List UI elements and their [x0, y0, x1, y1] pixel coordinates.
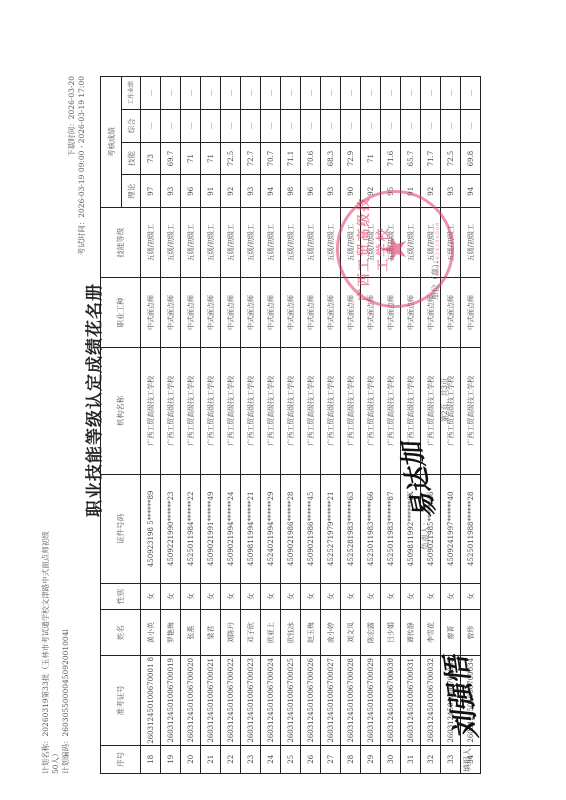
col-work-perf: 工作业绩 [122, 77, 141, 110]
page-title: 职业技能等级认定成绩花名册 [80, 0, 105, 800]
cell-name: 陈宏露 [361, 610, 381, 656]
cell-org: 广西工贸高级技工学校 [341, 347, 361, 474]
cell-org: 广西工贸高级技工学校 [321, 347, 341, 474]
cell-theory: 93 [321, 175, 341, 208]
plan-name: 计划名称：20260319第33批（玉林市考试通学校文津路中式面点师初级 [40, 531, 51, 774]
cell-seq: 31 [401, 745, 421, 773]
cell-theory: 96 [181, 175, 201, 208]
cell-org: 广西工贸高级技工学校 [461, 347, 481, 474]
cell-skill: 68.3 [321, 142, 341, 175]
cell-ticket: 2603124501006700031 [401, 656, 421, 746]
table-row: 312603124501006700031谭传静女4509811992*****… [401, 77, 421, 774]
cell-seq: 25 [281, 745, 301, 773]
owner-signature: 负责人： [420, 518, 431, 550]
filler-signature: 填报人： [462, 740, 473, 772]
cell-gender: 女 [461, 583, 481, 609]
col-seq: 序号 [101, 745, 141, 773]
table-row: 262603124501006700026赵玉梅女4509021986*****… [301, 77, 321, 774]
cell-name: 李雪花 [421, 610, 441, 656]
cell-seq: 19 [161, 745, 181, 773]
col-theory: 理论 [122, 175, 141, 208]
cell-overall: — [361, 109, 381, 142]
cell-name: 吕少娟 [381, 610, 401, 656]
owner-label: 负责人： [421, 518, 430, 550]
cell-overall: — [241, 109, 261, 142]
cell-overall: — [221, 109, 241, 142]
cell-name: 谭传静 [401, 610, 421, 656]
cell-gender: 女 [321, 583, 341, 609]
cell-work-perf: — [141, 77, 161, 110]
cell-level: 五级/初级工 [241, 208, 261, 278]
cell-occupation: 中式面点师 [141, 278, 161, 348]
cell-theory: 92 [221, 175, 241, 208]
cell-skill: 72.7 [241, 142, 261, 175]
cell-gender: 女 [281, 583, 301, 609]
cell-skill: 70.6 [301, 142, 321, 175]
cell-gender: 女 [261, 583, 281, 609]
cell-id-no: 4509021986******28 [281, 474, 301, 583]
table-row: 222603124501006700022刘陈丹女4509021994*****… [221, 77, 241, 774]
roster-page: 下载时间：2026-03-20 考试时间：2026-03-19 09:00 - … [0, 0, 566, 800]
cell-level: 五级/初级工 [181, 208, 201, 278]
plan-name-part: 计划名称： [41, 737, 50, 775]
cell-level: 五级/初级工 [141, 208, 161, 278]
cell-gender: 女 [161, 583, 181, 609]
cell-id-no: 4525281983******63 [341, 474, 361, 583]
cell-work-perf: — [421, 77, 441, 110]
cell-skill: 72.9 [341, 142, 361, 175]
cell-ticket: 2603124501006700023 [241, 656, 261, 746]
cell-gender: 女 [341, 583, 361, 609]
col-skill: 技能 [122, 142, 141, 175]
cell-overall: — [261, 109, 281, 142]
official-seal: 广西工贸高级技工学校 ★ 4500024290008 [336, 190, 454, 308]
star-icon: ★ [378, 234, 412, 264]
cell-org: 广西工贸高级技工学校 [221, 347, 241, 474]
cell-name: 庞小婷 [321, 610, 341, 656]
cell-gender: 女 [221, 583, 241, 609]
cell-work-perf: — [321, 77, 341, 110]
cell-id-no: 4525011984******22 [181, 474, 201, 583]
cell-overall: — [461, 109, 481, 142]
cell-org: 广西工贸高级技工学校 [241, 347, 261, 474]
cell-skill: 69.8 [461, 142, 481, 175]
cell-level: 五级/初级工 [221, 208, 241, 278]
cell-overall: — [401, 109, 421, 142]
table-row: 252603124501006700025欧钰冰女4509021986*****… [281, 77, 301, 774]
cell-seq: 32 [421, 745, 441, 773]
roster-table: 序号 准考证号 姓名 性别 证件号码 机构名称 职业工种 技能等级 考核成绩 理… [100, 76, 481, 774]
cell-work-perf: — [401, 77, 421, 110]
cell-work-perf: — [241, 77, 261, 110]
table-row: 202603124501006700020张燕女4525011984******… [181, 77, 201, 774]
cell-ticket: 2603124501006700026 [301, 656, 321, 746]
cell-overall: — [141, 109, 161, 142]
cell-org: 广西工贸高级技工学校 [141, 347, 161, 474]
table-row: 232603124501006700023邓子欣女4509811994*****… [241, 77, 261, 774]
cell-skill: 71.7 [421, 142, 441, 175]
cell-seq: 26 [301, 745, 321, 773]
cell-occupation: 中式面点师 [321, 278, 341, 348]
cell-gender: 女 [381, 583, 401, 609]
cell-gender: 女 [181, 583, 201, 609]
cell-skill: 71 [201, 142, 221, 175]
cell-occupation: 中式面点师 [281, 278, 301, 348]
cell-id-no: 450923198 5******89 [141, 474, 161, 583]
cell-occupation: 中式面点师 [181, 278, 201, 348]
cell-overall: — [381, 109, 401, 142]
table-row: 18260312450100670001 8黄小英女450923198 5***… [141, 77, 161, 774]
cell-level: 五级/初级工 [281, 208, 301, 278]
cell-occupation: 中式面点师 [221, 278, 241, 348]
cell-overall: — [181, 109, 201, 142]
cell-id-no: 4524021994******29 [261, 474, 281, 583]
cell-id-no: 4509221990******23 [161, 474, 181, 583]
table-row: 242603124501006700024欧亚上女4524021994*****… [261, 77, 281, 774]
cell-seq: 18 [141, 745, 161, 773]
cell-name: 刘陈丹 [221, 610, 241, 656]
col-ticket: 准考证号 [101, 656, 141, 746]
cell-name: 罗艳梅 [161, 610, 181, 656]
cell-overall: — [201, 109, 221, 142]
table-row: 302603124501006700030吕少娟女4525011983*****… [381, 77, 401, 774]
col-overall: 综合 [122, 109, 141, 142]
cell-org: 广西工贸高级技工学校 [261, 347, 281, 474]
cell-skill: 71 [361, 142, 381, 175]
col-gender: 性别 [101, 583, 141, 609]
cell-work-perf: — [361, 77, 381, 110]
cell-occupation: 中式面点师 [461, 278, 481, 348]
cell-gender: 女 [201, 583, 221, 609]
cell-ticket: 2603124501006700025 [281, 656, 301, 746]
cell-seq: 29 [361, 745, 381, 773]
cell-occupation: 中式面点师 [241, 278, 261, 348]
cell-theory: 96 [301, 175, 321, 208]
cell-id-no: 4509811994******21 [241, 474, 261, 583]
cell-id-no: 4509021986******45 [301, 474, 321, 583]
cell-seq: 30 [381, 745, 401, 773]
download-time-value: 2026-03-20 [67, 76, 76, 119]
cell-occupation: 中式面点师 [261, 278, 281, 348]
cell-ticket: 2603124501006700024 [261, 656, 281, 746]
cell-overall: — [161, 109, 181, 142]
cell-work-perf: — [461, 77, 481, 110]
cell-name: 梁君 [201, 610, 221, 656]
col-name: 姓名 [101, 610, 141, 656]
cell-id-no: 4525011983******87 [381, 474, 401, 583]
col-level: 技能等级 [101, 208, 141, 278]
cell-ticket: 260312450100670001 8 [141, 656, 161, 746]
cell-ticket: 2603124501006700029 [361, 656, 381, 746]
cell-skill: 69.7 [161, 142, 181, 175]
cell-level: 五级/初级工 [201, 208, 221, 278]
cell-occupation: 中式面点师 [161, 278, 181, 348]
cell-ticket: 2603124501006700028 [341, 656, 361, 746]
page-info: 第2页，共3页 [440, 0, 450, 800]
cell-name: 张燕 [181, 610, 201, 656]
cell-work-perf: — [201, 77, 221, 110]
cell-work-perf: — [161, 77, 181, 110]
cell-ticket: 2603124501006700019 [161, 656, 181, 746]
cell-overall: — [421, 109, 441, 142]
cell-name: 邓子欣 [241, 610, 261, 656]
cell-ticket: 2603124501006700030 [381, 656, 401, 746]
cell-overall: — [281, 109, 301, 142]
cell-theory: 97 [141, 175, 161, 208]
cell-work-perf: — [381, 77, 401, 110]
cell-org: 广西工贸高级技工学校 [361, 347, 381, 474]
cell-theory: 91 [201, 175, 221, 208]
cell-seq: 20 [181, 745, 201, 773]
cell-overall: — [341, 109, 361, 142]
cell-name: 欧钰冰 [281, 610, 301, 656]
cell-org: 广西工贸高级技工学校 [161, 347, 181, 474]
cell-seq: 28 [341, 745, 361, 773]
cell-overall: — [301, 109, 321, 142]
plan-name-continued-part: 50人） [51, 749, 60, 774]
cell-level: 五级/初级工 [261, 208, 281, 278]
cell-seq: 23 [241, 745, 261, 773]
cell-ticket: 2603124501006700021 [201, 656, 221, 746]
cell-occupation: 中式面点师 [301, 278, 321, 348]
cell-name: 曾珍 [461, 610, 481, 656]
roster-body: 18260312450100670001 8黄小英女450923198 5***… [141, 77, 481, 774]
cell-gender: 女 [241, 583, 261, 609]
cell-skill: 71.6 [381, 142, 401, 175]
cell-theory: 93 [241, 175, 261, 208]
cell-gender: 女 [421, 583, 441, 609]
plan-name-part: 20260319第33批（玉林市考试通学校文津路中式面点师初级 [41, 531, 50, 736]
cell-id-no: 4525011983******66 [361, 474, 381, 583]
cell-id-no: 4509021994******24 [221, 474, 241, 583]
cell-seq: 22 [221, 745, 241, 773]
cell-seq: 24 [261, 745, 281, 773]
cell-level: 五级/初级工 [461, 208, 481, 278]
table-row: 292603124501006700029陈宏露女4525011983*****… [361, 77, 381, 774]
plan-code-part: 计划编码： [61, 737, 70, 775]
download-time-label: 下载时间： [67, 119, 76, 157]
cell-work-perf: — [221, 77, 241, 110]
cell-id-no: 4525271979******21 [321, 474, 341, 583]
plan-code: 计划编码：2603055000045092001004l [60, 629, 71, 774]
cell-ticket: 2603124501006700027 [321, 656, 341, 746]
cell-theory: 94 [261, 175, 281, 208]
cell-skill: 71.1 [281, 142, 301, 175]
cell-skill: 70.7 [261, 142, 281, 175]
cell-theory: 94 [461, 175, 481, 208]
cell-occupation: 中式面点师 [201, 278, 221, 348]
cell-org: 广西工贸高级技工学校 [301, 347, 321, 474]
cell-name: 赵玉梅 [301, 610, 321, 656]
table-row: 212603124501006700021梁君女4509021991******… [201, 77, 221, 774]
cell-ticket: 2603124501006700020 [181, 656, 201, 746]
cell-gender: 女 [141, 583, 161, 609]
cell-gender: 女 [301, 583, 321, 609]
cell-seq: 21 [201, 745, 221, 773]
cell-work-perf: — [261, 77, 281, 110]
cell-skill: 72.5 [221, 142, 241, 175]
cell-org: 广西工贸高级技工学校 [281, 347, 301, 474]
cell-org: 广西工贸高级技工学校 [201, 347, 221, 474]
cell-id-no: 4525011988******28 [461, 474, 481, 583]
cell-gender: 女 [401, 583, 421, 609]
filler-label: 填报人： [463, 740, 472, 772]
cell-work-perf: — [301, 77, 321, 110]
cell-skill: 65.7 [401, 142, 421, 175]
table-row: 282603124501006700028刘文凤女4525281983*****… [341, 77, 361, 774]
col-occupation: 职业工种 [101, 278, 141, 348]
cell-skill: 73 [141, 142, 161, 175]
cell-work-perf: — [281, 77, 301, 110]
cell-overall: — [321, 109, 341, 142]
cell-theory: 98 [281, 175, 301, 208]
cell-name: 刘文凤 [341, 610, 361, 656]
cell-work-perf: — [181, 77, 201, 110]
cell-name: 欧亚上 [261, 610, 281, 656]
cell-level: 五级/初级工 [301, 208, 321, 278]
cell-org: 广西工贸高级技工学校 [181, 347, 201, 474]
seal-code: 4500024290008 [435, 193, 441, 305]
col-org: 机构名称 [101, 347, 141, 474]
cell-seq: 27 [321, 745, 341, 773]
col-id-no: 证件号码 [101, 474, 141, 583]
cell-skill: 71 [181, 142, 201, 175]
cell-id-no: 4509021991******49 [201, 474, 221, 583]
plan-code-part: 2603055000045092001004l [61, 629, 70, 736]
cell-level: 五级/初级工 [161, 208, 181, 278]
table-row: 192603124501006700019罗艳梅女4509221990*****… [161, 77, 181, 774]
cell-gender: 女 [361, 583, 381, 609]
cell-work-perf: — [341, 77, 361, 110]
table-row: 272603124501006700027庞小婷女4525271979*****… [321, 77, 341, 774]
cell-ticket: 2603124501006700022 [221, 656, 241, 746]
cell-theory: 93 [161, 175, 181, 208]
cell-name: 黄小英 [141, 610, 161, 656]
